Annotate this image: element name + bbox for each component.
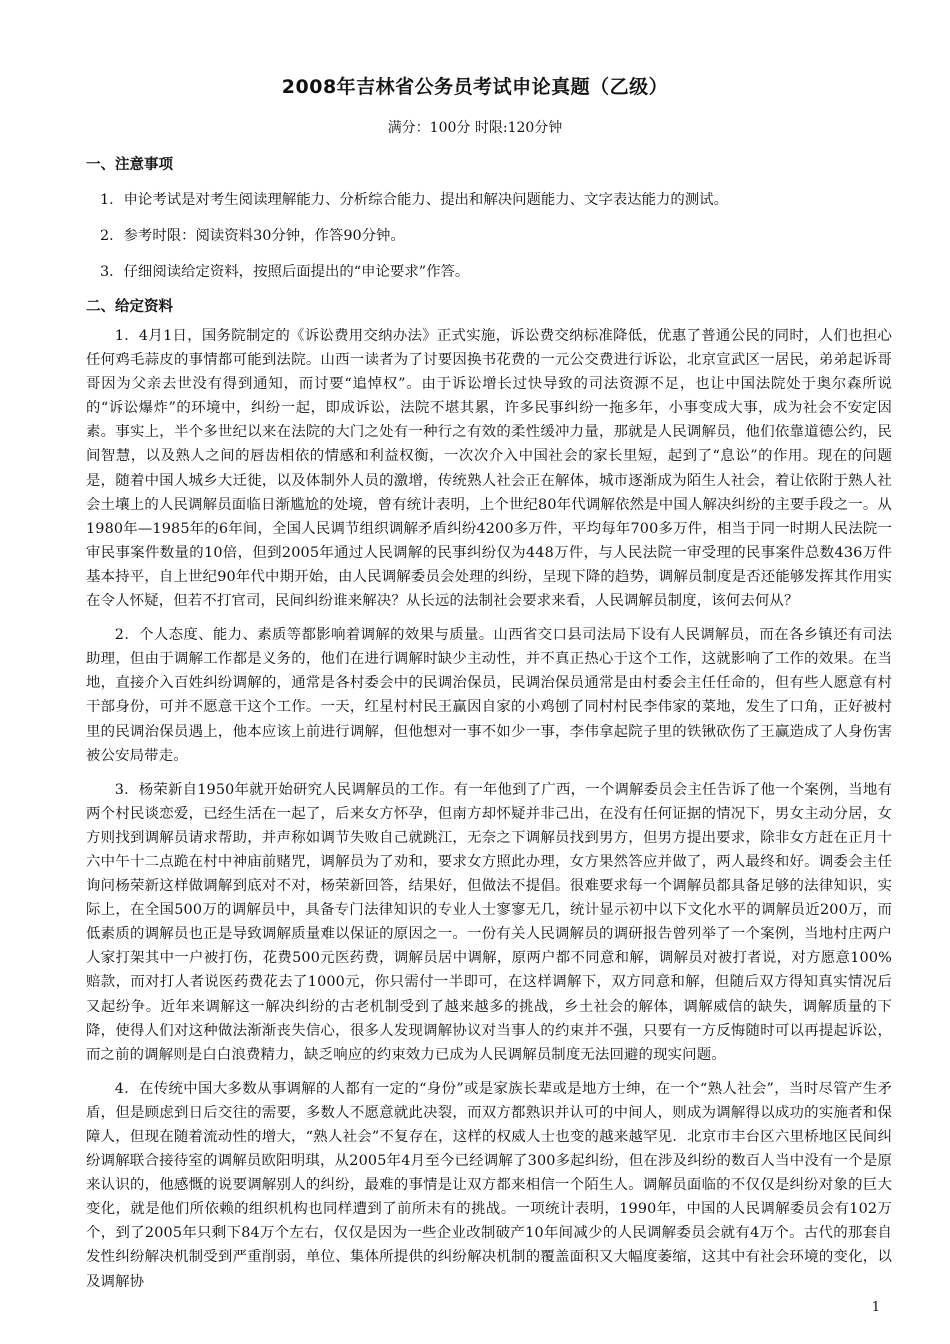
section-heading-materials: 二、给定资料 (86, 290, 892, 324)
material-paragraph-4: 4．在传统中国大多数从事调解的人都有一定的“身份”或是家族长辈或是地方士绅，在一… (86, 1077, 892, 1294)
document-subtitle: 满分：100分 时限:120分钟 (0, 117, 950, 137)
material-paragraph-2: 2．个人态度、能力、素质等都影响着调解的效果与质量。山西省交口县司法局下设有人民… (86, 623, 892, 768)
note-item-1: 1．申论考试是对考生阅读理解能力、分析综合能力、提出和解决问题能力、文字表达能力… (86, 182, 892, 218)
section-heading-notes: 一、注意事项 (86, 148, 892, 182)
note-item-2: 2．参考时限：阅读资料30分钟，作答90分钟。 (86, 218, 892, 254)
document-page: 2008年吉林省公务员考试申论真题（乙级） 满分：100分 时限:120分钟 一… (0, 0, 950, 1344)
material-paragraph-3: 3．杨荣新自1950年就开始研究人民调解员的工作。有一年他到了广西，一个调解委员… (86, 778, 892, 1067)
material-paragraph-1: 1．4月1日，国务院制定的《诉讼费用交纳办法》正式实施，诉讼费交纳标准降低，优惠… (86, 324, 892, 613)
page-number: 1 (872, 1300, 880, 1315)
document-body: 一、注意事项 1．申论考试是对考生阅读理解能力、分析综合能力、提出和解决问题能力… (86, 148, 892, 1304)
note-item-3: 3．仔细阅读给定资料，按照后面提出的“申论要求”作答。 (86, 254, 892, 290)
document-title: 2008年吉林省公务员考试申论真题（乙级） (0, 72, 950, 99)
